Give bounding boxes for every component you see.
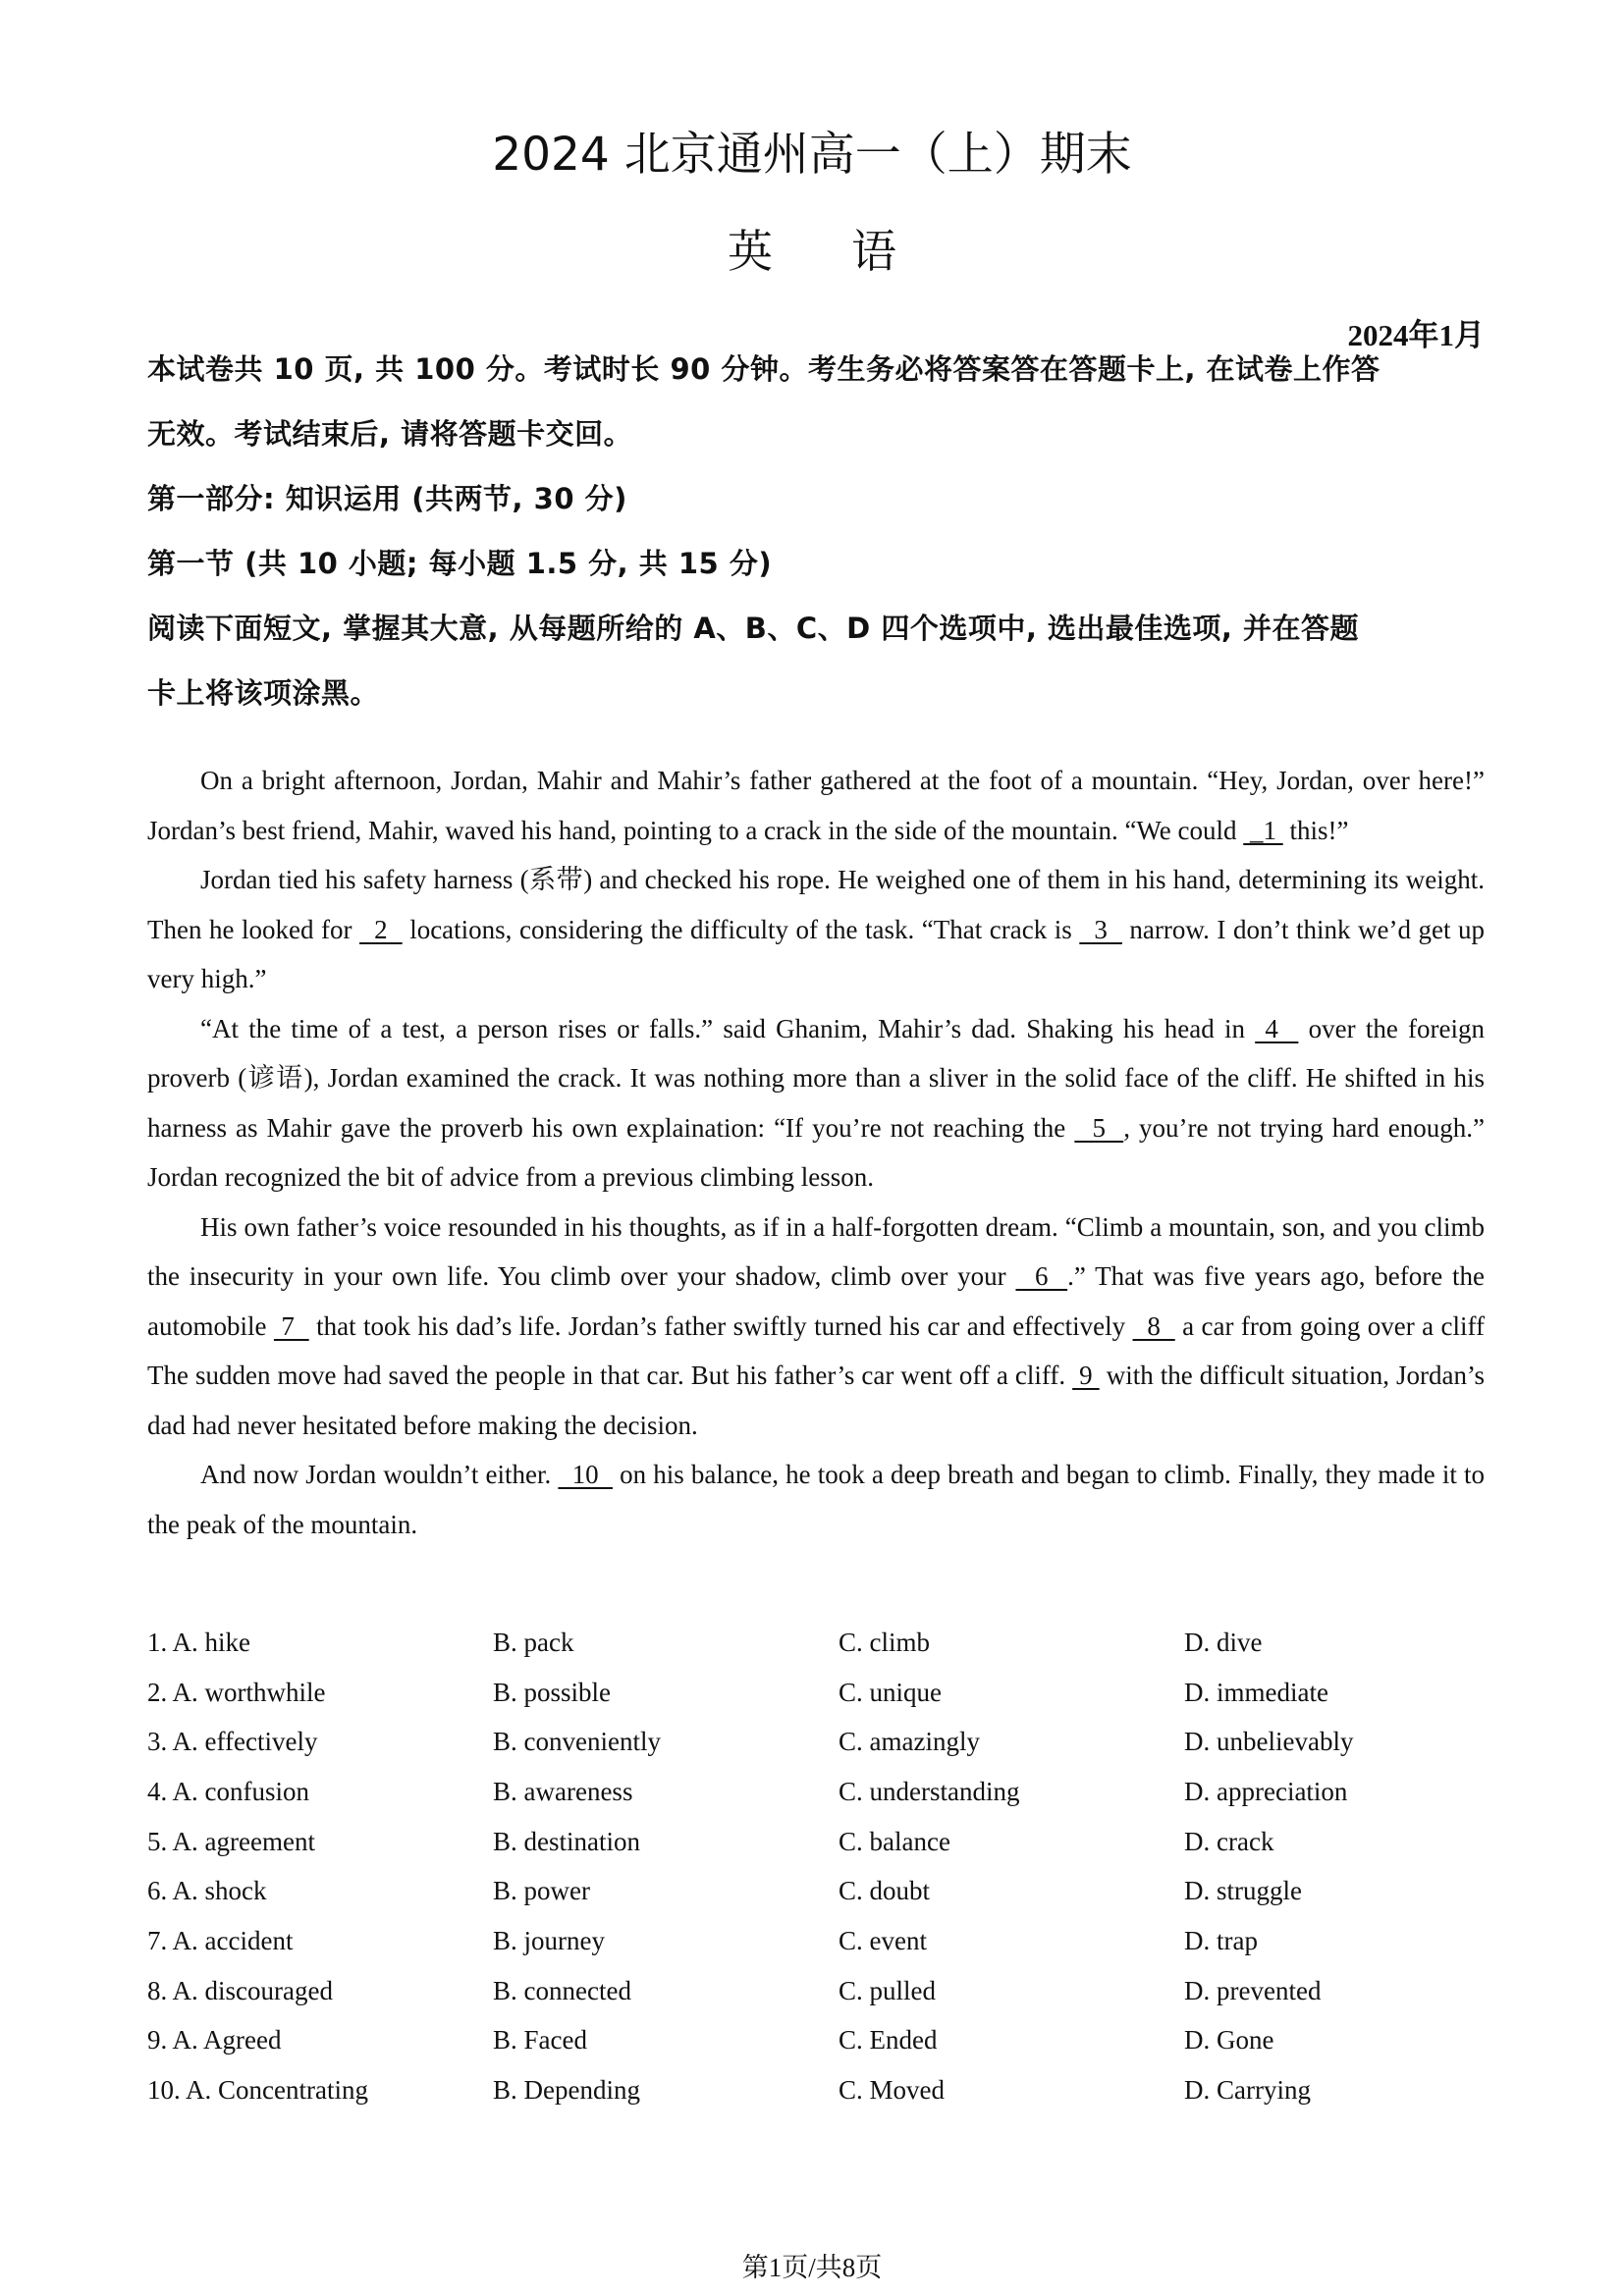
answer-option: B. awareness <box>493 1777 839 1807</box>
answer-option: C. balance <box>839 1827 1184 1857</box>
option-label: A. confusion <box>173 1777 309 1806</box>
answer-option: D. struggle <box>1184 1876 1530 1906</box>
question-number: 1. <box>147 1628 173 1657</box>
direction-line-2: 卡上将该项涂黑。 <box>147 661 1488 725</box>
answer-option: 9. A. Agreed <box>147 2025 493 2056</box>
option-label: B. connected <box>493 1976 631 2005</box>
option-label: D. struggle <box>1184 1876 1302 1905</box>
option-label: B. awareness <box>493 1777 632 1806</box>
question-row: 2. A. worthwhileB. possibleC. uniqueD. i… <box>147 1668 1485 1718</box>
page-indicator: 第1页/共8页 <box>0 2250 1624 2285</box>
answer-option: 1. A. hike <box>147 1628 493 1658</box>
option-label: B. conveniently <box>493 1727 661 1756</box>
answer-option: 5. A. agreement <box>147 1827 493 1857</box>
option-label: C. understanding <box>839 1777 1019 1806</box>
answer-option: 3. A. effectively <box>147 1727 493 1757</box>
section-heading: 第一节 (共 10 小题; 每小题 1.5 分, 共 15 分) <box>147 531 1488 596</box>
option-label: C. climb <box>839 1628 930 1657</box>
option-label: D. prevented <box>1184 1976 1321 2005</box>
answer-option: C. pulled <box>839 1976 1184 2006</box>
answer-option: D. prevented <box>1184 1976 1530 2006</box>
exam-title: 2024 北京通州高一（上）期末 <box>0 126 1624 185</box>
question-row: 6. A. shockB. powerC. doubtD. struggle <box>147 1866 1485 1916</box>
passage-paragraph: “At the time of a test, a person rises o… <box>147 1004 1485 1202</box>
option-label: D. Gone <box>1184 2025 1273 2055</box>
cloze-blank: 3 <box>1079 915 1122 944</box>
option-label: C. event <box>839 1926 927 1955</box>
passage-text: this!” <box>1283 816 1349 845</box>
question-row: 10. A. ConcentratingB. DependingC. Moved… <box>147 2065 1485 2115</box>
notice-line-2: 无效。考试结束后, 请将答题卡交回。 <box>147 401 1488 466</box>
option-label: B. power <box>493 1876 590 1905</box>
answer-option: C. Moved <box>839 2075 1184 2106</box>
option-label: C. amazingly <box>839 1727 980 1756</box>
answer-option: 7. A. accident <box>147 1926 493 1956</box>
option-label: D. immediate <box>1184 1678 1328 1707</box>
question-row: 4. A. confusionB. awarenessC. understand… <box>147 1767 1485 1817</box>
answer-option: D. appreciation <box>1184 1777 1530 1807</box>
passage-paragraph: And now Jordan wouldn’t either. 10 on hi… <box>147 1450 1485 1549</box>
question-row: 9. A. AgreedB. FacedC. EndedD. Gone <box>147 2016 1485 2066</box>
option-label: A. discouraged <box>173 1976 333 2005</box>
answer-option: D. dive <box>1184 1628 1530 1658</box>
answer-option: D. Carrying <box>1184 2075 1530 2106</box>
option-label: B. destination <box>493 1827 640 1856</box>
answer-option: 6. A. shock <box>147 1876 493 1906</box>
option-label: B. possible <box>493 1678 611 1707</box>
answer-option: D. trap <box>1184 1926 1530 1956</box>
option-label: C. pulled <box>839 1976 936 2005</box>
passage-text: And now Jordan wouldn’t either. <box>200 1460 558 1489</box>
option-label: C. Moved <box>839 2075 945 2105</box>
cloze-blank: _1 <box>1243 816 1283 845</box>
answer-option: D. immediate <box>1184 1678 1530 1708</box>
question-number: 6. <box>147 1876 173 1905</box>
cloze-blank: 6 <box>1015 1261 1067 1291</box>
passage-paragraph: His own father’s voice resounded in his … <box>147 1202 1485 1451</box>
answer-option: D. crack <box>1184 1827 1530 1857</box>
notice-line-1: 本试卷共 10 页, 共 100 分。考试时长 90 分钟。考生务必将答案答在答… <box>147 337 1488 401</box>
answer-option: B. destination <box>493 1827 839 1857</box>
answer-option: C. doubt <box>839 1876 1184 1906</box>
question-number: 9. <box>147 2025 173 2055</box>
question-row: 3. A. effectivelyB. convenientlyC. amazi… <box>147 1717 1485 1767</box>
option-label: C. Ended <box>839 2025 938 2055</box>
option-label: C. doubt <box>839 1876 930 1905</box>
answer-option: 2. A. worthwhile <box>147 1678 493 1708</box>
option-label: A. Agreed <box>173 2025 282 2055</box>
part-heading: 第一部分: 知识运用 (共两节, 30 分) <box>147 466 1488 531</box>
option-label: D. crack <box>1184 1827 1273 1856</box>
cloze-blank: 10 <box>558 1460 613 1489</box>
passage-text: that took his dad’s life. Jordan’s fathe… <box>309 1311 1133 1341</box>
answer-option: 4. A. confusion <box>147 1777 493 1807</box>
option-label: C. balance <box>839 1827 950 1856</box>
question-row: 7. A. accidentB. journeyC. eventD. trap <box>147 1916 1485 1966</box>
cloze-blank: 7 <box>274 1311 309 1341</box>
option-label: A. Concentrating <box>186 2075 368 2105</box>
option-label: A. agreement <box>173 1827 315 1856</box>
option-label: D. dive <box>1184 1628 1262 1657</box>
answer-option: C. amazingly <box>839 1727 1184 1757</box>
answer-option: B. Depending <box>493 2075 839 2106</box>
option-label: B. Faced <box>493 2025 587 2055</box>
question-row: 8. A. discouragedB. connectedC. pulledD.… <box>147 1966 1485 2016</box>
question-number: 2. <box>147 1678 173 1707</box>
answer-option: C. understanding <box>839 1777 1184 1807</box>
answer-option: B. Faced <box>493 2025 839 2056</box>
option-label: A. effectively <box>173 1727 318 1756</box>
cloze-blank: 4 <box>1255 1014 1298 1043</box>
answer-option: C. Ended <box>839 2025 1184 2056</box>
question-number: 7. <box>147 1926 173 1955</box>
answer-option: D. Gone <box>1184 2025 1530 2056</box>
cloze-passage: On a bright afternoon, Jordan, Mahir and… <box>147 756 1485 1549</box>
exam-page: 2024 北京通州高一（上）期末 英语 2024年1月 本试卷共 10 页, 共… <box>0 0 1624 2296</box>
cloze-blank: 8 <box>1133 1311 1175 1341</box>
subject-char-1: 英 <box>728 222 773 281</box>
option-label: A. shock <box>173 1876 267 1905</box>
cloze-blank: 9 <box>1072 1361 1100 1390</box>
question-row: 1. A. hikeB. packC. climbD. dive <box>147 1618 1485 1668</box>
subject-char-2: 语 <box>851 222 896 281</box>
question-number: 5. <box>147 1827 173 1856</box>
answer-option: C. event <box>839 1926 1184 1956</box>
option-label: A. hike <box>173 1628 250 1657</box>
answer-option: C. unique <box>839 1678 1184 1708</box>
question-number: 8. <box>147 1976 173 2005</box>
option-label: A. accident <box>173 1926 294 1955</box>
passage-paragraph: On a bright afternoon, Jordan, Mahir and… <box>147 756 1485 855</box>
passage-text: locations, considering the difficulty of… <box>403 915 1080 944</box>
option-label: D. unbelievably <box>1184 1727 1353 1756</box>
option-label: D. trap <box>1184 1926 1258 1955</box>
answer-option: B. pack <box>493 1628 839 1658</box>
answer-option: B. conveniently <box>493 1727 839 1757</box>
answer-option: 8. A. discouraged <box>147 1976 493 2006</box>
cloze-blank: 5 <box>1074 1113 1123 1143</box>
passage-paragraph: Jordan tied his safety harness (系带) and … <box>147 855 1485 1004</box>
answer-option: C. climb <box>839 1628 1184 1658</box>
answer-option: 10. A. Concentrating <box>147 2075 493 2106</box>
direction-line-1: 阅读下面短文, 掌握其大意, 从每题所给的 A、B、C、D 四个选项中, 选出最… <box>147 596 1488 661</box>
option-label: B. Depending <box>493 2075 640 2105</box>
answer-option: B. power <box>493 1876 839 1906</box>
option-label: B. pack <box>493 1628 573 1657</box>
question-number: 10. <box>147 2075 186 2105</box>
option-label: A. worthwhile <box>173 1678 326 1707</box>
answer-option: B. possible <box>493 1678 839 1708</box>
answer-option: B. connected <box>493 1976 839 2006</box>
question-number: 3. <box>147 1727 173 1756</box>
option-label: B. journey <box>493 1926 605 1955</box>
cloze-blank: 2 <box>359 915 403 944</box>
option-label: D. appreciation <box>1184 1777 1347 1806</box>
exam-notice: 本试卷共 10 页, 共 100 分。考试时长 90 分钟。考生务必将答案答在答… <box>147 337 1488 725</box>
question-number: 4. <box>147 1777 173 1806</box>
option-label: D. Carrying <box>1184 2075 1311 2105</box>
answer-option: B. journey <box>493 1926 839 1956</box>
answer-options: 1. A. hikeB. packC. climbD. dive2. A. wo… <box>147 1618 1485 2115</box>
subject-title: 英语 <box>0 222 1624 281</box>
question-row: 5. A. agreementB. destinationC. balanceD… <box>147 1817 1485 1867</box>
answer-option: D. unbelievably <box>1184 1727 1530 1757</box>
passage-text: “At the time of a test, a person rises o… <box>200 1014 1255 1043</box>
option-label: C. unique <box>839 1678 942 1707</box>
